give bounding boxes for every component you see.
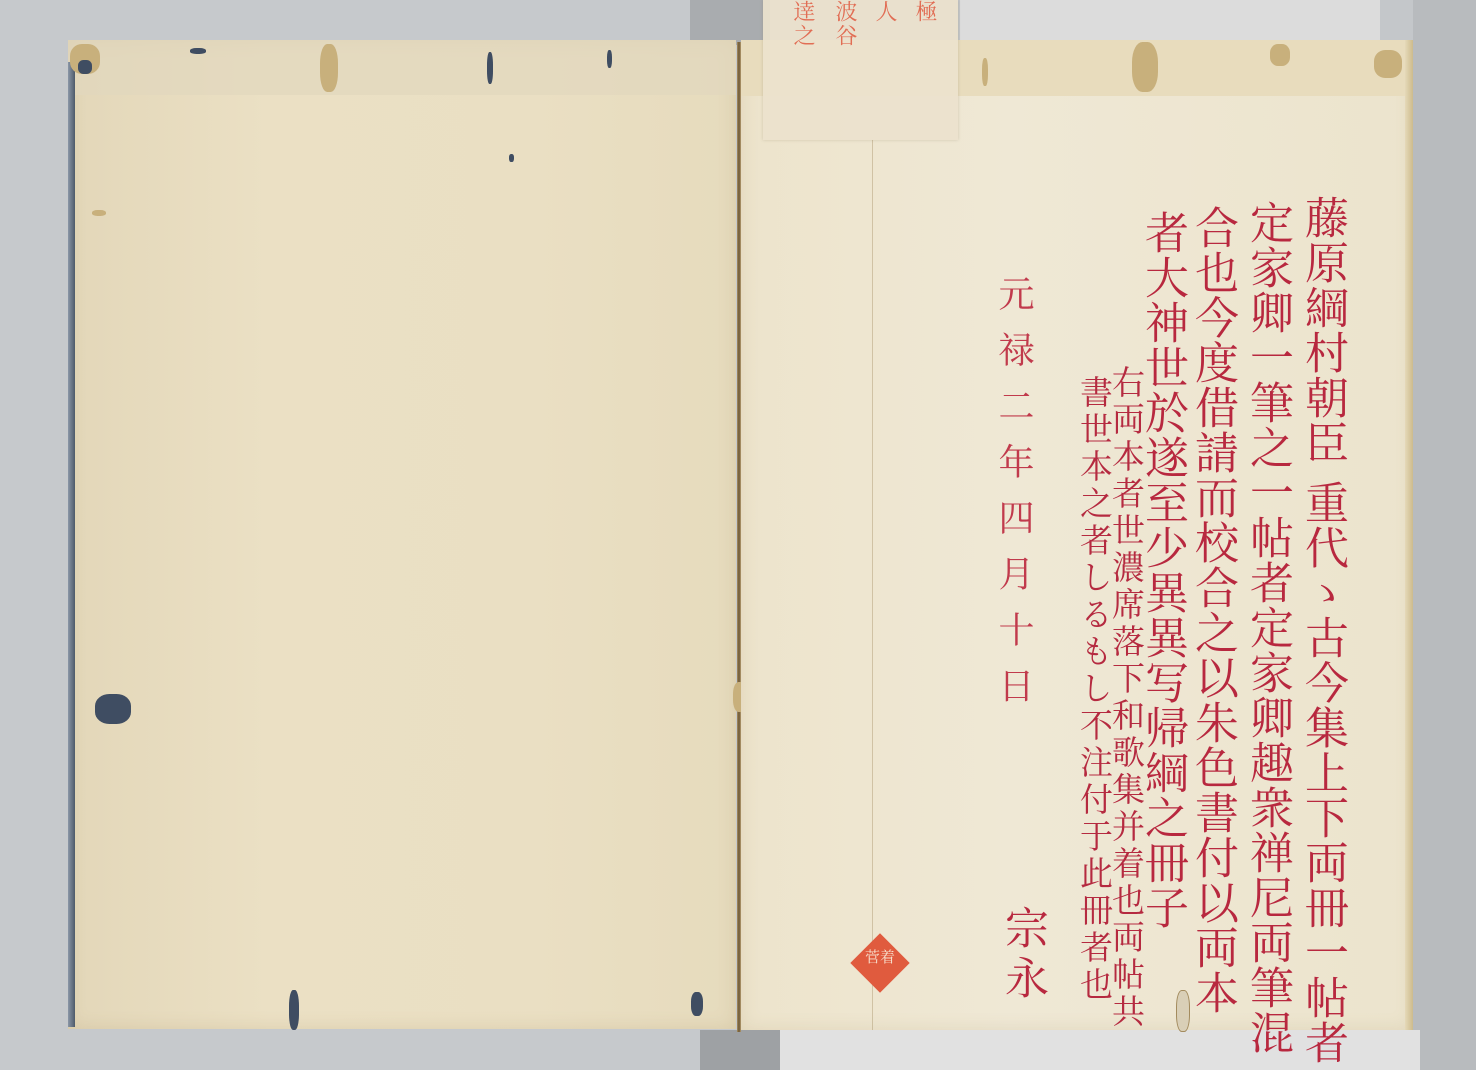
- seal-text: 菅着: [851, 949, 909, 966]
- background-right: [1413, 0, 1476, 1070]
- slip-column-1: 極: [913, 0, 935, 24]
- binding-thread-mark: [190, 48, 206, 54]
- binding-thread-mark: [1270, 44, 1290, 66]
- blue-cover-edge: [68, 62, 75, 1027]
- paper-fold-line: [872, 140, 873, 1030]
- slip-column-2: 人: [873, 0, 895, 24]
- wormhole-mark: [78, 60, 92, 74]
- binding-thread-mark: [320, 44, 338, 92]
- tissue-slip: 極 人 波谷 逹之: [763, 0, 958, 140]
- right-page-edge: [1405, 40, 1413, 1030]
- text-column-1: 藤原綱村朝臣 重代ゝ古今集上下両冊一帖者: [1300, 195, 1344, 1065]
- date-inscription: 元禄二年四月十日: [995, 275, 1031, 723]
- wormhole-mark: [95, 694, 131, 724]
- text-column-4: 者大神世於遂至少異異写帰綱之冊子: [1140, 210, 1184, 930]
- text-column-5: 右両本者世濃席落下和歌集并着也両帖共: [1110, 365, 1143, 1031]
- slip-column-3: 波谷: [833, 0, 855, 48]
- binding-thread-mark: [607, 50, 612, 68]
- text-column-2: 定家卿一筆之一帖者定家卿趣衆禅尼両筆混: [1245, 200, 1289, 1055]
- left-page-top-band: [68, 40, 736, 95]
- wormhole-mark: [92, 210, 106, 216]
- slip-column-4: 逹之: [791, 0, 813, 48]
- text-column-3: 合也今度借請而校合之以朱色書付以両本: [1190, 205, 1234, 1015]
- binding-thread-mark: [1132, 42, 1158, 92]
- binding-thread-mark: [691, 992, 703, 1016]
- left-page: [68, 40, 736, 1029]
- signature: 宗永: [1000, 905, 1044, 1005]
- corner-damage-mark: [1374, 50, 1402, 78]
- wormhole-mark: [509, 154, 514, 162]
- binding-thread-mark: [487, 52, 493, 84]
- text-column-6: 書世本之者しるもし不注付于此冊者也: [1078, 375, 1111, 1004]
- binding-thread-mark: [982, 58, 988, 86]
- background-shadow-top: [690, 0, 770, 45]
- background-shadow-bottom: [700, 1030, 780, 1070]
- binding-thread-mark: [289, 990, 299, 1030]
- background-white-top: [960, 0, 1380, 44]
- red-seal-stamp: 菅着: [851, 934, 909, 992]
